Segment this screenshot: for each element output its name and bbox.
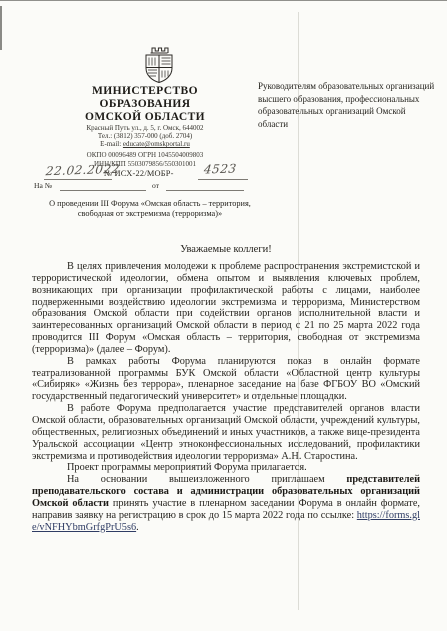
omsk-coat-of-arms-icon (137, 45, 181, 85)
reply-to-label: На № (34, 181, 52, 190)
paragraph-3: В работе Форума предполагается участие п… (32, 403, 420, 462)
paragraph-5: На основании вышеизложенного приглашаем … (32, 474, 420, 533)
paragraph-2: В рамках работы Форума планируются показ… (32, 356, 420, 403)
ministry-name: МИНИСТЕРСТВО ОБРАЗОВАНИЯ ОМСКОЙ ОБЛАСТИ (30, 85, 260, 124)
scanned-letter-page: { "colors": { "ink": "#26241f", "handwri… (0, 0, 447, 631)
scan-top-edge (0, 0, 447, 1)
reply-number-blank-line (60, 190, 146, 191)
paragraph-1: В целях привлечения молодежи к проблеме … (32, 261, 420, 356)
reply-date-blank-line (166, 190, 244, 191)
date-blank-line (44, 179, 112, 180)
ministry-email-link[interactable]: educate@omskportal.ru (123, 140, 190, 148)
paragraph-5-start: На основании вышеизложенного приглашаем (67, 474, 346, 485)
ministry-name-line1: МИНИСТЕРСТВО (30, 85, 260, 98)
paragraph-4: Проект программы мероприятий Форума прил… (32, 462, 420, 474)
ministry-email-line: E-mail: educate@omskportal.ru (30, 140, 260, 148)
salutation: Уважаемые коллеги! (32, 244, 420, 255)
handwritten-number: 4523 (203, 161, 237, 176)
ministry-phone: Тел.: (3812) 357-000 (доб. 2704) (30, 132, 260, 140)
ministry-contacts: Красный Путь ул., д. 5, г. Омск, 644002 … (30, 124, 260, 149)
letter-body: В целях привлечения молодежи к проблеме … (32, 261, 420, 533)
number-blank-line (198, 179, 248, 180)
ministry-address: Красный Путь ул., д. 5, г. Омск, 644002 (30, 124, 260, 132)
ministry-name-line3: ОМСКОЙ ОБЛАСТИ (30, 111, 260, 124)
okpo-ogrn-line: ОКПО 00096489 ОГРН 1045504009803 (30, 151, 260, 160)
ministry-name-line2: ОБРАЗОВАНИЯ (30, 98, 260, 111)
reply-from-label: от (152, 181, 159, 190)
paragraph-5-end: . (136, 522, 139, 533)
outgoing-number-prefix: № ИСХ-22/МОБР- (104, 169, 174, 178)
email-label: E-mail: (100, 140, 123, 148)
addressee-block: Руководителям образовательных организаци… (258, 80, 436, 130)
scan-left-edge-mark (0, 6, 2, 50)
letter-subject: О проведении III Форума «Омская область … (38, 199, 262, 220)
